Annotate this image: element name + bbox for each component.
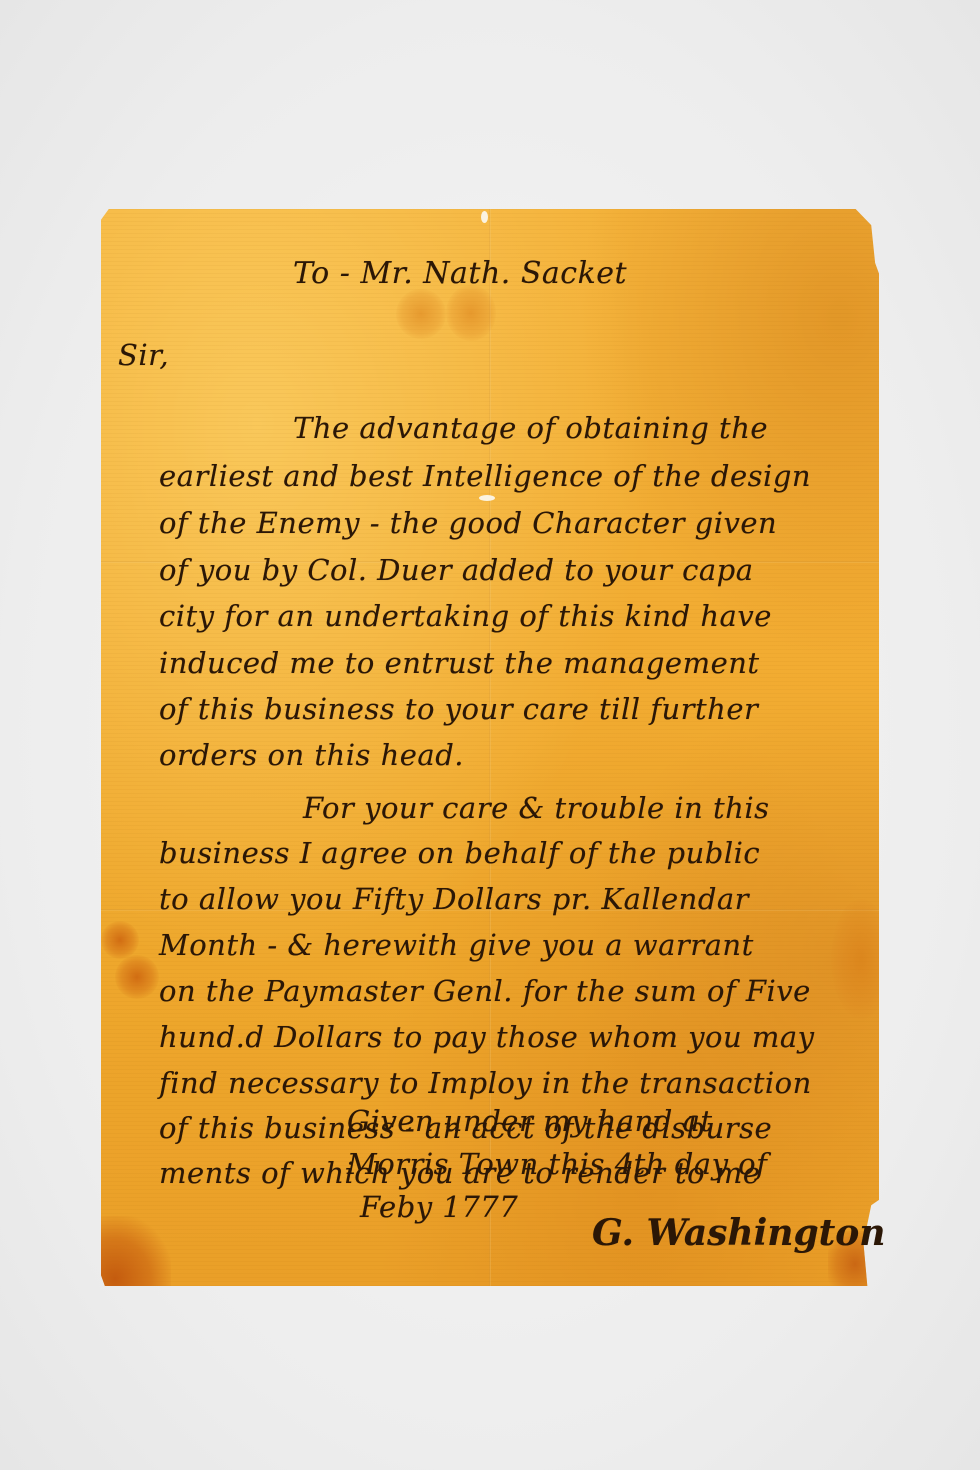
letter-salutation: Sir,: [118, 341, 169, 370]
signature: G. Washington: [592, 1215, 885, 1251]
closing-line: Given under my hand at: [347, 1107, 713, 1136]
paper-hole: [481, 211, 488, 223]
corner-stain: [101, 1216, 171, 1286]
water-stain: [115, 955, 159, 999]
paragraph-2-line: find necessary to Imploy in the transact…: [159, 1069, 812, 1098]
paragraph-2-line: to allow you Fifty Dollars pr. Kallendar: [159, 885, 749, 914]
paragraph-2-line: hund.d Dollars to pay those whom you may: [159, 1023, 815, 1052]
paragraph-2-line: For your care & trouble in this: [303, 794, 770, 823]
paragraph-1-line: induced me to entrust the management: [159, 649, 760, 678]
paragraph-1-line: of the Enemy - the good Character given: [159, 509, 777, 538]
paragraph-1-line: orders on this head.: [159, 741, 464, 770]
paragraph-2-line: business I agree on behalf of the public: [159, 839, 760, 868]
paragraph-1-line: city for an undertaking of this kind hav…: [159, 602, 772, 631]
letter-heading: To - Mr. Nath. Sacket: [293, 259, 627, 289]
paragraph-1-line: earliest and best Intelligence of the de…: [159, 462, 811, 491]
letter-date: Feby 1777: [360, 1193, 518, 1222]
paragraph-2-line: on the Paymaster Genl. for the sum of Fi…: [159, 977, 811, 1006]
paragraph-1-line: The advantage of obtaining the: [293, 414, 768, 443]
water-stain: [101, 921, 139, 959]
closing-line: Morris Town this 4th day of: [347, 1150, 767, 1179]
paper-hole: [479, 495, 495, 501]
ink-blot-stain: [446, 285, 496, 341]
paragraph-2-line: Month - & herewith give you a warrant: [159, 931, 754, 960]
paragraph-1-line: of you by Col. Duer added to your capa: [159, 556, 754, 585]
paragraph-1-line: of this business to your care till furth…: [159, 695, 758, 724]
ink-blot-stain: [396, 289, 446, 339]
